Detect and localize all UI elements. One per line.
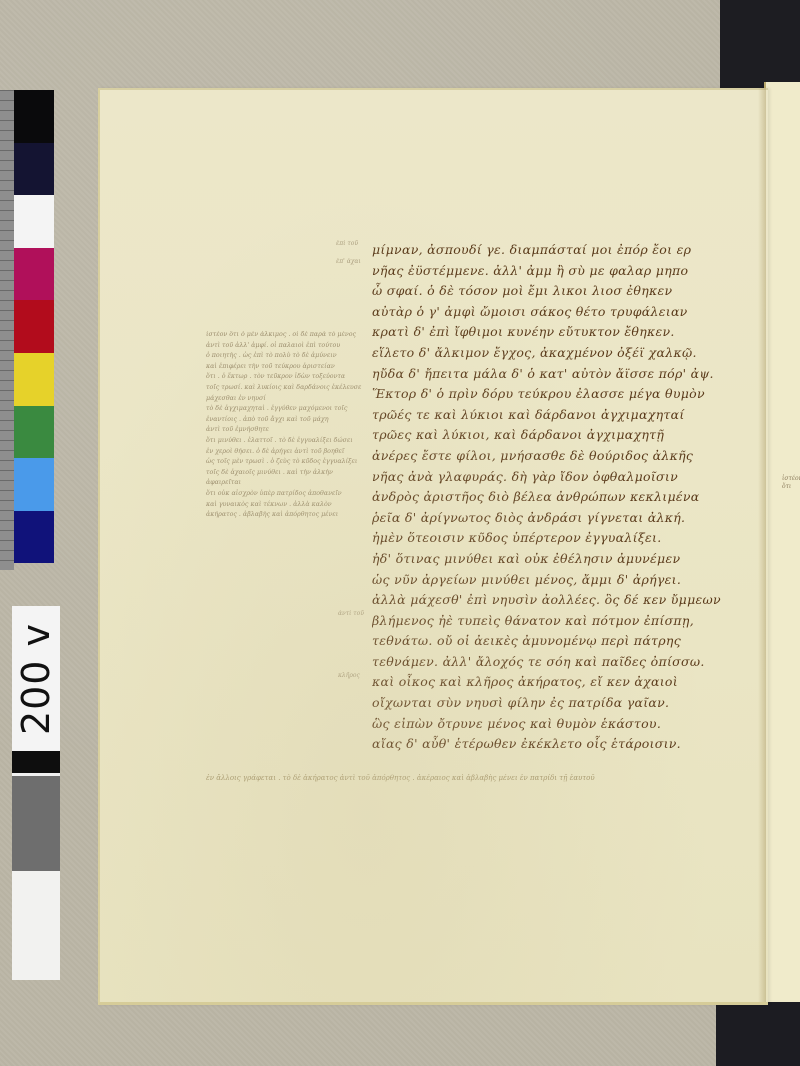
text-line: τεθνάτω. οὔ οἱ ἀεικὲς ἀμυνομένῳ περὶ πάτ… (372, 631, 772, 652)
text-line-content: ηὔδα δ' ἤπειτα μάλα δ' ὁ κατ' αὐτὸν ἄϊσσ… (372, 366, 714, 381)
text-line-content: ὦ σφαί. ὁ δὲ τόσον μοὶ ἔμι λικοι λιοσ ἐθ… (372, 283, 672, 298)
scholia-line: καὶ ἐπιφέρει τὴν τοῦ τεύκρου ἀριστείαν (206, 362, 366, 373)
scholia-line: ἀφαιρεῖται (206, 478, 366, 489)
scholia-line: καὶ γυναικὸς καὶ τέκνων . ἀλλὰ καλὸν (206, 500, 366, 511)
swatch-yellow (14, 353, 54, 406)
folio-label-strip: 200 v (12, 606, 60, 980)
scholia-line: τοῖς τρωσί. καὶ λυκίοις καὶ δαρδάνοις ἐκ… (206, 383, 366, 394)
dark-cloth-top (720, 0, 800, 92)
facing-page-note: ἱστέον ὅτι (782, 475, 800, 491)
text-line: νῆας ἐϋστέμμενε. ἀλλ' ἀμμ ἢ σὺ με φαλαρ … (372, 261, 772, 282)
text-line: ἀνδρὸς ἀριστῆος διὸ βέλεα ἀνθρώπων κεκλι… (372, 487, 772, 508)
text-line-content: Ἕκτορ δ' ὁ πρὶν δόρυ τεύκρου ἐλασσε μέγα… (372, 386, 705, 401)
swatch-green (14, 406, 54, 459)
text-line-content: τρῶές τε καὶ λύκιοι καὶ δάρδανοι ἀγχιμαχ… (372, 407, 685, 422)
text-line: τεθνάμεν. ἀλλ' ἄλοχός τε σόη καὶ παῖδες … (372, 652, 772, 673)
text-line-content: αὐτὰρ ὁ γ' ἀμφὶ ὤμοισι σάκος θέτο τρυφάλ… (372, 304, 688, 319)
text-line-content: μίμναν, ἀσπουδί γε. διαμπάσταί μοι ἐπόρ … (372, 242, 691, 257)
text-line: ἀνέρες ἔστε φίλοι, μνήσασθε δὲ θούριδος … (372, 446, 772, 467)
side-note: ἐπὶ τοῦ (336, 240, 358, 248)
text-line: ὣς εἰπὼν ὄτρυνε μένος καὶ θυμὸν ἑκάστου. (372, 714, 772, 735)
side-note: ἀντὶ τοῦ (338, 610, 364, 618)
scholia-line: ἀντὶ τοῦ ἀλλ' ἀμφί. οἱ παλαιοὶ ἐπὶ τούτο… (206, 341, 366, 352)
text-line-content: οἴχωνται σὺν νηυσὶ φίλην ἐς πατρίδα γαῖα… (372, 695, 669, 710)
color-calibration-chart (14, 90, 54, 563)
scholia-line: ἐναντίοις . ἀπὸ τοῦ ἄγχι καὶ τοῦ μάχη (206, 415, 366, 426)
side-note: κλῆρος (338, 672, 360, 680)
scholia-line: ἐν χεροὶ θήσει. ὁ δὲ ἀρήγει ἀντὶ τοῦ βοη… (206, 447, 366, 458)
scholia-line: ἀντὶ τοῦ ἐμνήσθητε (206, 425, 366, 436)
text-line: νῆας ἀνὰ γλαφυράς. δὴ γὰρ ἴδον ὀφθαλμοῖσ… (372, 467, 772, 488)
swatch-dark-navy (14, 143, 54, 196)
text-line-content: ῥεῖα δ' ἀρίγνωτος διὸς ἀνδράσι γίγνεται … (372, 510, 685, 525)
scholia-line: ὅτι . ὁ ἕκτωρ . τὸν τεῦκρον ἰδὼν τοξεύον… (206, 372, 366, 383)
scholia-line: ὡς τοῖς μὲν τρωσὶ . ὁ ζεὺς τὸ κῦδος ἐγγυ… (206, 457, 366, 468)
text-line-content: ὣς εἰπὼν ὄτρυνε μένος καὶ θυμὸν ἑκάστου. (372, 716, 661, 731)
scholia-line: τοῖς δὲ ἀχαιοῖς μινύθει . καὶ τὴν ἀλκὴν (206, 468, 366, 479)
facing-note-line: ἱστέον (782, 475, 800, 483)
text-line-content: τρῶες καὶ λύκιοι, καὶ δάρδανοι ἀγχιμαχητ… (372, 427, 664, 442)
scholia-line: ὁ ποιητὴς . ὡς ἐπὶ τὸ πολὺ τὸ δὲ ἀμύνειν (206, 351, 366, 362)
measuring-ruler (0, 90, 14, 570)
text-line: Ἕκτορ δ' ὁ πρὶν δόρυ τεύκρου ἐλασσε μέγα… (372, 384, 772, 405)
swatch-white (14, 195, 54, 248)
main-text-block: >μίμναν, ἀσπουδί γε. διαμπάσταί μοι ἐπόρ… (372, 240, 772, 755)
text-line-content: τεθνάμεν. ἀλλ' ἄλοχός τε σόη καὶ παῖδες … (372, 654, 705, 669)
text-line: τρῶες καὶ λύκιοι, καὶ δάρδανοι ἀγχιμαχητ… (372, 425, 772, 446)
text-line: ηὔδα δ' ἤπειτα μάλα δ' ὁ κατ' αὐτὸν ἄϊσσ… (372, 364, 772, 385)
text-line-content: νῆας ἐϋστέμμενε. ἀλλ' ἀμμ ἢ σὺ με φαλαρ … (372, 263, 688, 278)
text-line: >μίμναν, ἀσπουδί γε. διαμπάσταί μοι ἐπόρ… (372, 240, 772, 261)
side-note: ἐπ' ἀχαι (336, 258, 361, 266)
scholia-line: ὅτι μινύθει . ἐλαττοῖ . τὸ δὲ ἐγγυαλίξει… (206, 436, 366, 447)
text-line: ἠμὲν ὅτεοισιν κῦδος ὑπέρτερον ἐγγυαλίξει… (372, 528, 772, 549)
text-line: αἴας δ' αὖθ' ἑτέρωθεν ἐκέκλετο οἷς ἑτάρο… (372, 734, 772, 755)
scholia-line: ἱστέον ὅτι ὁ μὲν ἀλκιμος . οἱ δὲ παρὰ τὸ… (206, 330, 366, 341)
folio-number: 200 v (14, 622, 58, 734)
scholia-line: τὸ δὲ ἀγχιμαχηταὶ . ἐγγύθεν μαχόμενοι το… (206, 404, 366, 415)
text-line: τρῶές τε καὶ λύκιοι καὶ δάρδανοι ἀγχιμαχ… (372, 405, 772, 426)
swatch-magenta (14, 248, 54, 301)
swatch-light-blue (14, 458, 54, 511)
gray-patch-black (12, 751, 60, 773)
text-line: αὐτὰρ ὁ γ' ἀμφὶ ὤμοισι σάκος θέτο τρυφάλ… (372, 302, 772, 323)
text-line: ὡς νῦν ἀργείων μινύθει μένος, ἄμμι δ' ἀρ… (372, 570, 772, 591)
text-line-content: ὡς νῦν ἀργείων μινύθει μένος, ἄμμι δ' ἀρ… (372, 572, 681, 587)
text-line-content: αἴας δ' αὖθ' ἑτέρωθεν ἐκέκλετο οἷς ἑτάρο… (372, 736, 681, 751)
text-line: εἵλετο δ' ἄλκιμον ἔγχος, ἀκαχμένον ὀξέϊ … (372, 343, 772, 364)
text-line: ῥεῖα δ' ἀρίγνωτος διὸς ἀνδράσι γίγνεται … (372, 508, 772, 529)
footer-note: ἐν ἄλλοις γράφεται . τὸ δὲ ἀκήρατος ἀντὶ… (206, 774, 726, 782)
text-line: >κρατὶ δ' ἐπὶ ἴφθιμοι κυνέην εὔτυκτον ἔθ… (372, 322, 772, 343)
text-line-content: εἵλετο δ' ἄλκιμον ἔγχος, ἀκαχμένον ὀξέϊ … (372, 345, 697, 360)
gray-patch-mid (12, 776, 60, 871)
text-line-content: κρατὶ δ' ἐπὶ ἴφθιμοι κυνέην εὔτυκτον ἔθη… (372, 324, 675, 339)
text-line: ὦ σφαί. ὁ δὲ τόσον μοὶ ἔμι λικοι λιοσ ἐθ… (372, 281, 772, 302)
text-line-content: τεθνάτω. οὔ οἱ ἀεικὲς ἀμυνομένῳ περὶ πάτ… (372, 633, 681, 648)
swatch-black (14, 90, 54, 143)
text-line-content: ἀνδρὸς ἀριστῆος διὸ βέλεα ἀνθρώπων κεκλι… (372, 489, 700, 504)
text-line-content: νῆας ἀνὰ γλαφυράς. δὴ γὰρ ἴδον ὀφθαλμοῖσ… (372, 469, 678, 484)
marginal-scholia: ἱστέον ὅτι ὁ μὲν ἀλκιμος . οἱ δὲ παρὰ τὸ… (206, 330, 366, 521)
scholia-line: μάχεσθαι ἐν νηυσί (206, 394, 366, 405)
text-line: οἴχωνται σὺν νηυσὶ φίλην ἐς πατρίδα γαῖα… (372, 693, 772, 714)
text-line-content: ἠμὲν ὅτεοισιν κῦδος ὑπέρτερον ἐγγυαλίξει… (372, 530, 662, 545)
manuscript-page: >μίμναν, ἀσπουδί γε. διαμπάσταί μοι ἐπόρ… (98, 88, 768, 1005)
text-line: >βλήμενος ἠὲ τυπεὶς θάνατον καὶ πότμον ἐ… (372, 611, 772, 632)
text-line-content: καὶ οἶκος καὶ κλῆρος ἀκήρατος, εἴ κεν ἀχ… (372, 674, 678, 689)
swatch-red (14, 300, 54, 353)
folio-label: 200 v (12, 606, 60, 751)
text-line-content: ἠδ' ὅτινας μινύθει καὶ οὐκ ἐθέλησιν ἀμυν… (372, 551, 680, 566)
scholia-line: ἀκήρατος . ἀβλαβὴς καὶ ἀπόρθητος μένει (206, 510, 366, 521)
text-line: καὶ οἶκος καὶ κλῆρος ἀκήρατος, εἴ κεν ἀχ… (372, 672, 772, 693)
gray-patch-white (12, 871, 60, 980)
text-line-content: ἀνέρες ἔστε φίλοι, μνήσασθε δὲ θούριδος … (372, 448, 693, 463)
text-line-content: ἀλλὰ μάχεσθ' ἐπὶ νηυσὶν ἀολλέες. ὃς δέ κ… (372, 592, 721, 607)
scholia-line: ὅτι οὐκ αἰσχρὸν ὑπὲρ πατρίδος ἀποθανεῖν (206, 489, 366, 500)
text-line-content: βλήμενος ἠὲ τυπεὶς θάνατον καὶ πότμον ἐπ… (372, 613, 694, 628)
text-line: ἠδ' ὅτινας μινύθει καὶ οὐκ ἐθέλησιν ἀμυν… (372, 549, 772, 570)
facing-note-line: ὅτι (782, 483, 800, 491)
swatch-blue (14, 511, 54, 564)
gutter-shadow (758, 88, 766, 1002)
text-line: ἀλλὰ μάχεσθ' ἐπὶ νηυσὶν ἀολλέες. ὃς δέ κ… (372, 590, 772, 611)
